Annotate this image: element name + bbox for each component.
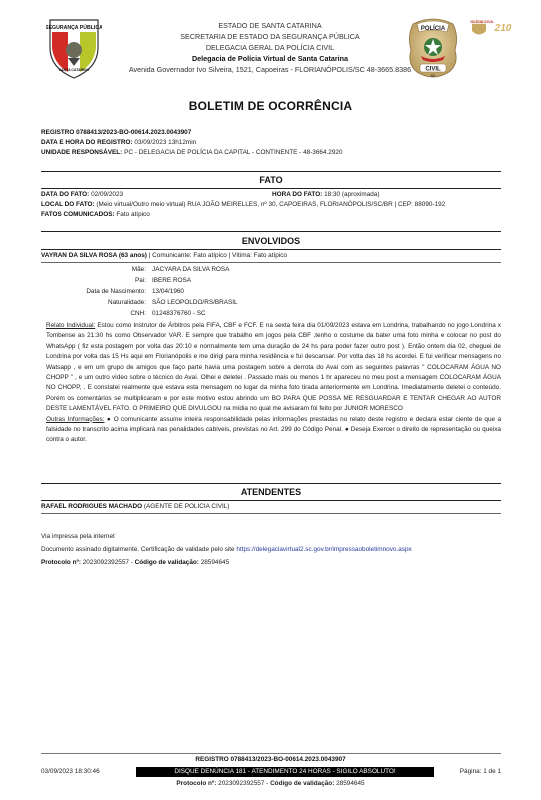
codigo-validacao-label: Código de validação: [135, 559, 199, 566]
field-label: Pai: [41, 276, 146, 286]
field-value: 13/04/1960 [152, 287, 184, 297]
field-value: IBERE ROSA [152, 276, 191, 286]
data-hora-label: DATA E HORA DO REGISTRO: [41, 139, 133, 146]
section-divider [41, 188, 501, 189]
data-fato-value: 02/09/2023 [91, 191, 123, 198]
protocolo-row: Protocolo nº: 2023092392557 - Código de … [41, 558, 501, 568]
svg-text:SEGURANÇA PÚBLICA: SEGURANÇA PÚBLICA [46, 24, 102, 31]
svg-text:210: 210 [494, 23, 512, 34]
envolvido-field-nascimento: Data de Nascimento: 13/04/1960 [41, 287, 501, 297]
unidade-label: UNIDADE RESPONSÁVEL: [41, 149, 122, 156]
atendente-row: RAFAEL RODRIGUES MACHADO (AGENTE DE POLI… [41, 502, 501, 512]
footer-protocolo: Protocolo nº: 2023092392557 - Código de … [0, 780, 541, 787]
section-divider [41, 231, 501, 232]
envolvido-field-cnh: CNH: 01248376760 - SC [41, 309, 501, 319]
envolvido-name: VAYRAN DA SILVA ROSA (63 anos) [41, 252, 147, 259]
field-value: SÃO LEOPOLDO/RS/BRASIL [152, 298, 238, 308]
header-secretaria: SECRETARIA DE ESTADO DA SEGURANÇA PÚBLIC… [100, 31, 440, 42]
atendente-name: RAFAEL RODRIGUES MACHADO [41, 503, 142, 510]
section-divider [41, 483, 501, 484]
svg-text:SANTA CATARINA: SANTA CATARINA [59, 68, 90, 72]
relato-label: Relato Individual: [46, 322, 95, 329]
data-hora-value: 03/09/2023 13h12min [134, 139, 196, 146]
validation-url-link[interactable]: https://delegaciavirtual2.sc.gov.br/impr… [236, 546, 411, 553]
row-divider [41, 513, 501, 514]
protocolo-label: Protocolo nº: [41, 559, 81, 566]
registro-info: REGISTRO 0788413/2023-BO-00614.2023.0043… [41, 128, 511, 158]
local-fato-value: (Meio virtual/Outro meio virtual) RUA JO… [96, 201, 445, 208]
digital-signature-row: Documento assinado digitalmente. Certifi… [41, 545, 501, 555]
section-divider [41, 249, 501, 250]
footer-protocolo-label: Protocolo nº: [176, 780, 216, 787]
envolvido-header-row: VAYRAN DA SILVA ROSA (63 anos) | Comunic… [41, 251, 501, 261]
fato-data-row: DATA DO FATO: 02/09/2023 HORA DO FATO: 1… [41, 190, 501, 200]
codigo-validacao-value: 28594645 [199, 559, 229, 566]
envolvido-field-mae: Mãe: JACYARA DA SILVA ROSA [41, 265, 501, 275]
document-header: ESTADO DE SANTA CATARINA SECRETARIA DE E… [100, 20, 440, 75]
field-label: Naturalidade: [41, 298, 146, 308]
relato-text: Estou como Instrutor de Árbitros pela FI… [46, 322, 501, 412]
header-address: Avenida Governador Ivo Silveira, 1521, C… [100, 64, 440, 75]
envolvido-field-naturalidade: Naturalidade: SÃO LEOPOLDO/RS/BRASIL [41, 298, 501, 308]
atendente-role: (AGENTE DE POLICIA CIVIL) [142, 503, 229, 510]
document-title: BOLETIM DE OCORRÊNCIA [0, 99, 541, 113]
hora-fato-value: 18:30 (aproximada) [324, 191, 379, 198]
local-fato-label: LOCAL DO FATO: [41, 201, 95, 208]
svg-text:POLÍCIA: POLÍCIA [421, 24, 446, 32]
field-label: Mãe: [41, 265, 146, 275]
outras-informacoes-label: Outras Informações: [46, 416, 105, 423]
section-divider [41, 500, 501, 501]
policia-civil-badge-logo: POLÍCIA CIVIL SC [405, 14, 461, 82]
fatos-comunicados-value: Fato atípico [116, 211, 149, 218]
footer-codigo-label: Código de validação: [270, 780, 334, 787]
field-label: Data de Nascimento: [41, 287, 146, 297]
svg-text:CIVIL: CIVIL [425, 67, 441, 73]
field-label: CNH: [41, 309, 146, 319]
fato-local-row: LOCAL DO FATO: (Meio virtual/Outro meio … [41, 200, 501, 210]
policia-civil-210-logo: POLÍCIA CIVIL 210 [470, 17, 516, 39]
footer-registro: REGISTRO 0788413/2023-BO-00614.2023.0043… [0, 756, 541, 763]
registro-number: REGISTRO 0788413/2023-BO-00614.2023.0043… [41, 129, 191, 136]
hora-fato-label: HORA DO FATO: [272, 191, 322, 198]
fatos-comunicados-label: FATOS COMUNICADOS: [41, 211, 115, 218]
outras-informacoes-text: ● O comunicante assume inteira responsab… [46, 416, 501, 444]
field-value: 01248376760 - SC [152, 309, 206, 319]
relato-individual: Relato Individual: Estou como Instrutor … [46, 321, 501, 446]
signature-text: Documento assinado digitalmente. Certifi… [41, 546, 236, 553]
envolvido-field-pai: Pai: IBERE ROSA [41, 276, 501, 286]
header-delegacia-geral: DELEGACIA GERAL DA POLÍCIA CIVIL [100, 42, 440, 53]
row-divider [41, 262, 501, 263]
header-delegacia-virtual: Delegacia de Polícia Virtual de Santa Ca… [100, 53, 440, 64]
section-title-atendentes: ATENDENTES [41, 487, 501, 497]
section-title-envolvidos: ENVOLVIDOS [41, 236, 501, 246]
page-number: Página: 1 de 1 [460, 768, 501, 775]
unidade-value: PC - DELEGACIA DE POLÍCIA DA CAPITAL - C… [124, 149, 342, 156]
header-state: ESTADO DE SANTA CATARINA [100, 20, 440, 31]
fatos-comunicados-row: FATOS COMUNICADOS: Fato atípico [41, 210, 501, 220]
police-report-page: SEGURANÇA PÚBLICA SANTA CATARINA ESTADO … [0, 0, 541, 800]
footer-codigo-value: 28594645 [334, 780, 364, 787]
envolvido-roles: | Comunicante: Fato atípico | Vítima: Fa… [147, 252, 287, 259]
disque-denuncia-banner: DISQUE DENÚNCIA 181 - ATENDIMENTO 24 HOR… [136, 767, 434, 777]
data-fato-label: DATA DO FATO: [41, 191, 89, 198]
via-impressa-text: Via impressa pela internet [41, 532, 501, 542]
seguranca-publica-shield-logo: SEGURANÇA PÚBLICA SANTA CATARINA [46, 14, 102, 80]
footer-protocolo-value: 2023092392557 - [216, 780, 270, 787]
footer-divider [41, 753, 501, 754]
footer-print-datetime: 03/09/2023 18:30:46 [41, 768, 100, 775]
section-title-fato: FATO [41, 175, 501, 185]
svg-text:POLÍCIA CIVIL: POLÍCIA CIVIL [470, 19, 495, 24]
field-value: JACYARA DA SILVA ROSA [152, 265, 229, 275]
protocolo-value: 2023092392557 - [81, 559, 135, 566]
svg-text:SC: SC [431, 74, 436, 78]
section-divider [41, 171, 501, 172]
